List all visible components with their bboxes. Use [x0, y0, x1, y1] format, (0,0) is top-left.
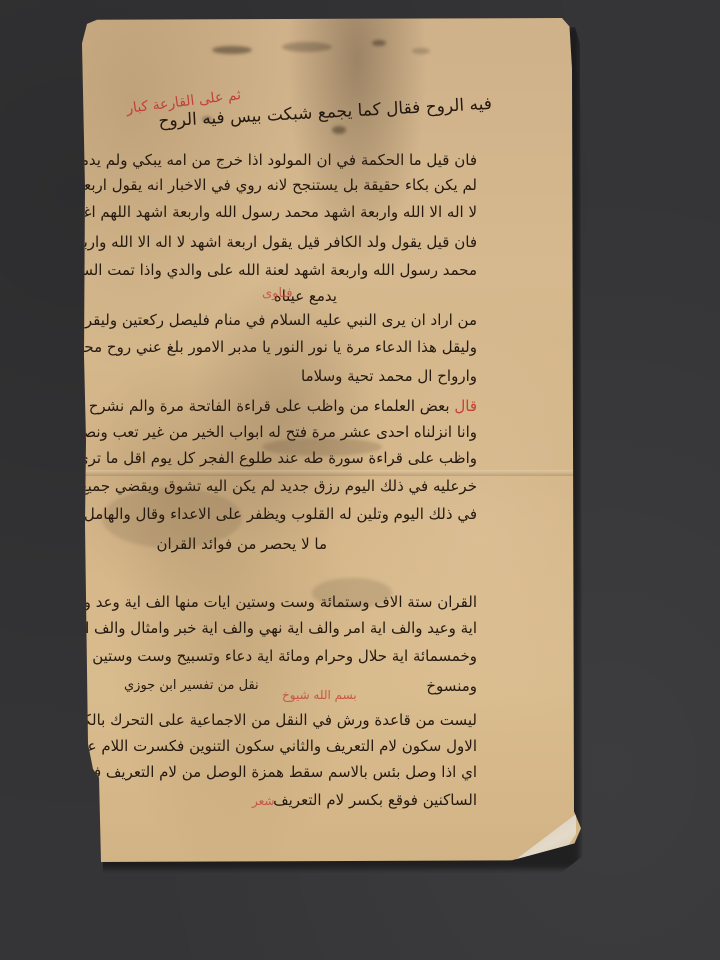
text-line: وليقل هذا الدعاء مرة يا نور النور يا مدب… [68, 337, 477, 357]
text-line: محمد رسول الله واربعة اشهد لعنة الله على… [32, 260, 477, 280]
rubric-end-word: شعر [252, 794, 274, 808]
text-line: الساكنين فوقع بكسر لام التعريف [273, 790, 477, 810]
text-line: وارواح ال محمد تحية وسلاما [301, 366, 477, 386]
section-3: قال بعض العلماء من واظب على قراءة الفاتح… [122, 396, 477, 556]
rubric-word: قال [454, 397, 477, 415]
section-1: فان قيل ما الحكمة في ان المولود اذا خرج … [122, 150, 477, 300]
text-line: ومنسوخ [426, 676, 477, 696]
text-line: ما لا يحصر من فوائد القران [156, 534, 327, 554]
text-line: القران ستة الاف وستمائة وست وستين ايات م… [59, 592, 477, 612]
ink-stain [212, 46, 252, 54]
text-line: وخمسمائة اية حلال وحرام ومائة اية دعاء و… [35, 646, 477, 666]
text-line: اية وعيد والف اية امر والف اية نهي والف … [30, 618, 477, 638]
section-5: ليست من قاعدة ورش في النقل من الاجماعية … [122, 710, 477, 820]
text-line: خرعليه في ذلك اليوم رزق جديد لم يكن اليه… [32, 476, 477, 496]
source-note: نقل من تفسير ابن جوزي [124, 678, 259, 693]
section-4: القران ستة الاف وستمائة وست وستين ايات م… [122, 592, 477, 692]
section-2: من اراد ان يرى النبي عليه السلام في منام… [122, 310, 477, 390]
ink-stain [282, 42, 332, 52]
ink-stain [412, 48, 430, 54]
ink-stain [332, 126, 346, 134]
rubric-note: فتاوى [262, 286, 293, 301]
manuscript-page: فيه الروح فقال كما يجمع شبكت بيس فيه الر… [82, 18, 582, 862]
text-line: في ذلك اليوم وتلين له القلوب ويظفر على ا… [30, 504, 477, 524]
text-line: لم يكن بكاء حقيقة بل يستنجح لانه روي في … [40, 175, 477, 195]
ink-stain [372, 40, 386, 46]
rubric-note: بسم الله شيوخ [282, 688, 357, 702]
text-line: فان قيل يقول ولد الكافر قيل يقول اربعة ا… [32, 232, 477, 252]
